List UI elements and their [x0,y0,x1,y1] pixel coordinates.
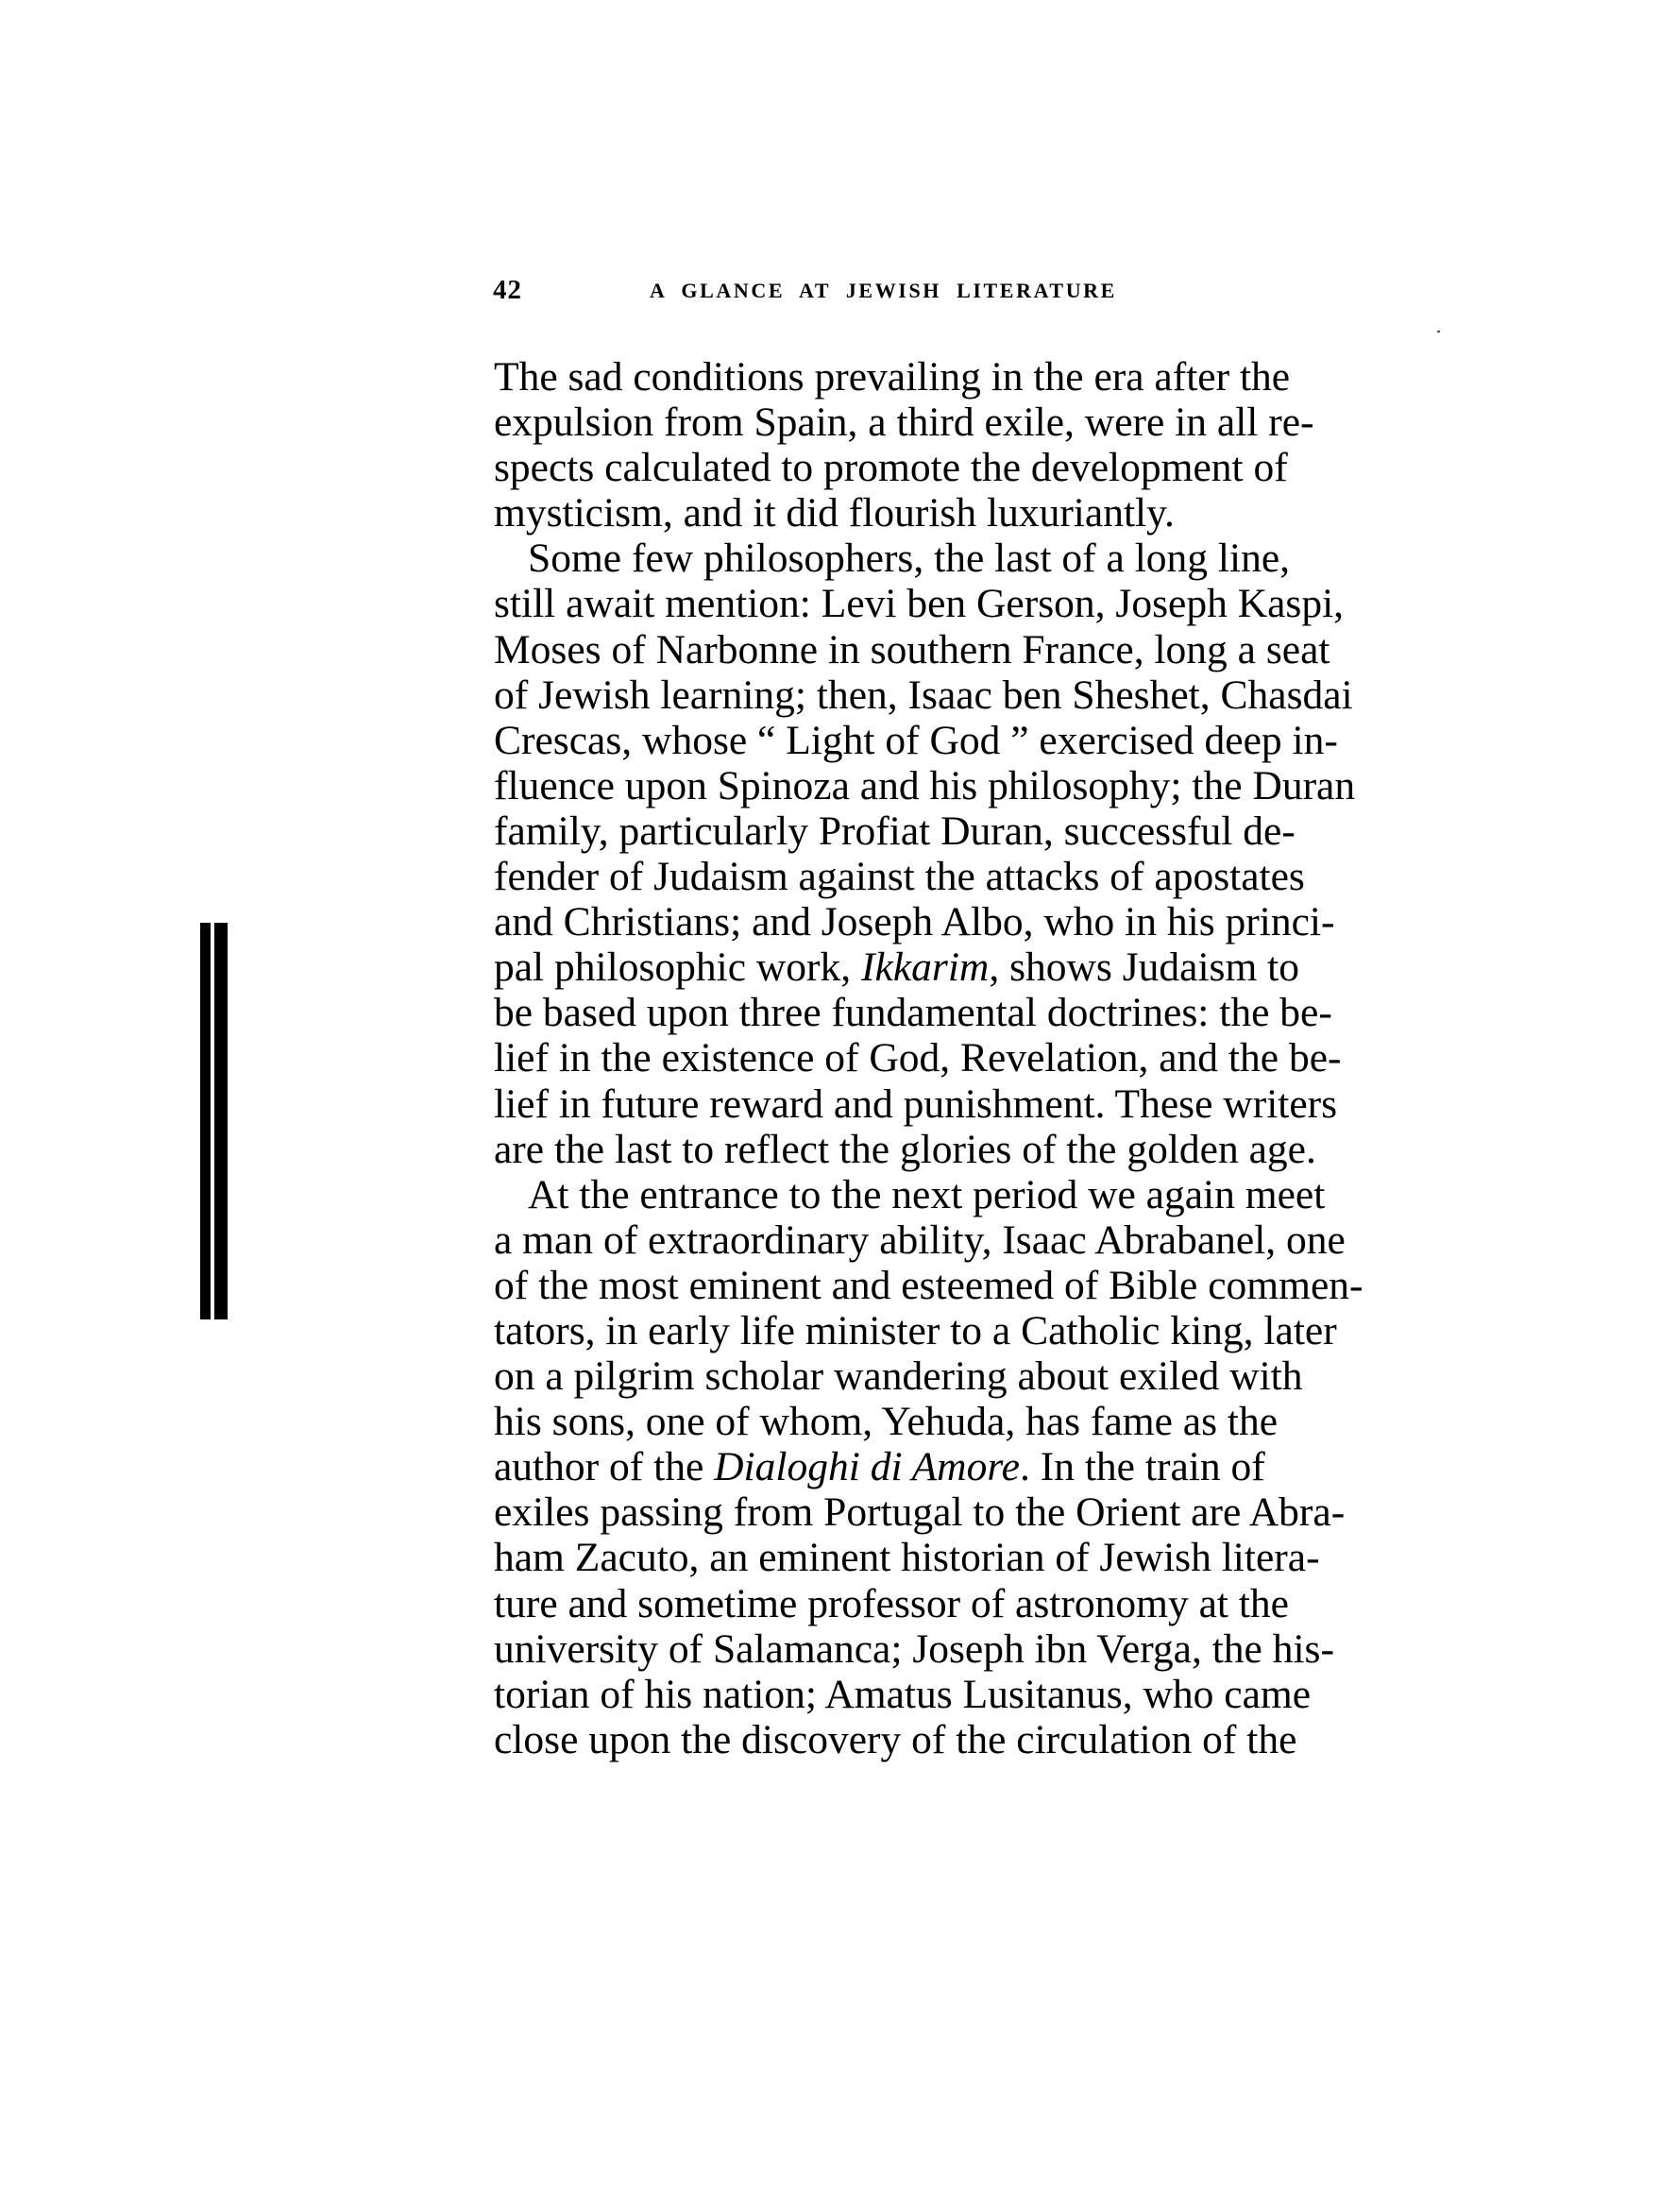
text-line: lief in the existence of God, Revelation… [494,1035,1398,1080]
text-line: The sad conditions prevailing in the era… [494,354,1398,400]
text-line: and Christians; and Joseph Albo, who in … [494,899,1398,944]
text-line: on a pilgrim scholar wandering about exi… [494,1353,1398,1399]
text-run: , shows Judaism to [989,944,1299,990]
margin-scan-bar [200,923,229,1319]
text-line: mysticism, and it did flourish luxuriant… [494,490,1398,536]
text-line: of Jewish learning; then, Isaac ben Shes… [494,672,1398,718]
text-line: ture and sometime professor of astronomy… [494,1581,1398,1626]
running-head: 42 A GLANCE AT JEWISH LITERATURE [493,274,1399,306]
text-line: spects calculated to promote the develop… [494,445,1398,490]
text-line: At the entrance to the next period we ag… [494,1172,1398,1217]
text-line: exiles passing from Portugal to the Orie… [494,1489,1398,1535]
text-line: family, particularly Profiat Duran, succ… [494,808,1398,854]
text-line: close upon the discovery of the circulat… [494,1717,1398,1762]
text-line: expulsion from Spain, a third exile, wer… [494,400,1398,445]
margin-bar-left [200,923,211,1319]
text-line: be based upon three fundamental doctrine… [494,990,1398,1035]
text-line: Some few philosophers, the last of a lon… [494,536,1398,581]
text-line: are the last to reflect the glories of t… [494,1127,1398,1172]
text-line: ham Zacuto, an eminent historian of Jewi… [494,1535,1398,1580]
text-run: author of the [494,1444,714,1489]
text-line: university of Salamanca; Joseph ibn Verg… [494,1626,1398,1672]
text-line: fluence upon Spinoza and his philosophy;… [494,763,1398,808]
italic-title-ikkarim: Ikkarim [861,944,989,990]
text-line: fender of Judaism against the attacks of… [494,854,1398,899]
text-line: torian of his nation; Amatus Lusitanus, … [494,1672,1398,1717]
text-line: his sons, one of whom, Yehuda, has fame … [494,1399,1398,1444]
text-line-with-italic: pal philosophic work, Ikkarim, shows Jud… [494,944,1398,990]
running-title: A GLANCE AT JEWISH LITERATURE [650,277,1117,305]
paragraph-2: Some few philosophers, the last of a lon… [494,536,1398,1171]
margin-bar-right [214,923,228,1319]
text-line-with-italic: author of the Dialoghi di Amore. In the … [494,1444,1398,1489]
text-line: Crescas, whose “ Light of God ” exercise… [494,718,1398,763]
book-page: 42 A GLANCE AT JEWISH LITERATURE The sad… [0,0,1660,2212]
text-line: Moses of Narbonne in southern France, lo… [494,627,1398,672]
text-line: tators, in early life minister to a Cath… [494,1308,1398,1353]
italic-title-dialoghi: Dialoghi di Amore [714,1444,1020,1489]
text-line: lief in future reward and punishment. Th… [494,1081,1398,1127]
text-line: a man of extraordinary ability, Isaac Ab… [494,1217,1398,1263]
text-run: . In the train of [1020,1444,1265,1489]
paragraph-3: At the entrance to the next period we ag… [494,1172,1398,1762]
text-line: of the most eminent and esteemed of Bibl… [494,1263,1398,1308]
text-run: pal philosophic work, [494,944,861,990]
body-text: The sad conditions prevailing in the era… [494,354,1398,1762]
paragraph-1: The sad conditions prevailing in the era… [494,354,1398,536]
scan-speck [1437,331,1440,332]
page-number: 42 [493,274,522,306]
text-line: still await mention: Levi ben Gerson, Jo… [494,581,1398,626]
